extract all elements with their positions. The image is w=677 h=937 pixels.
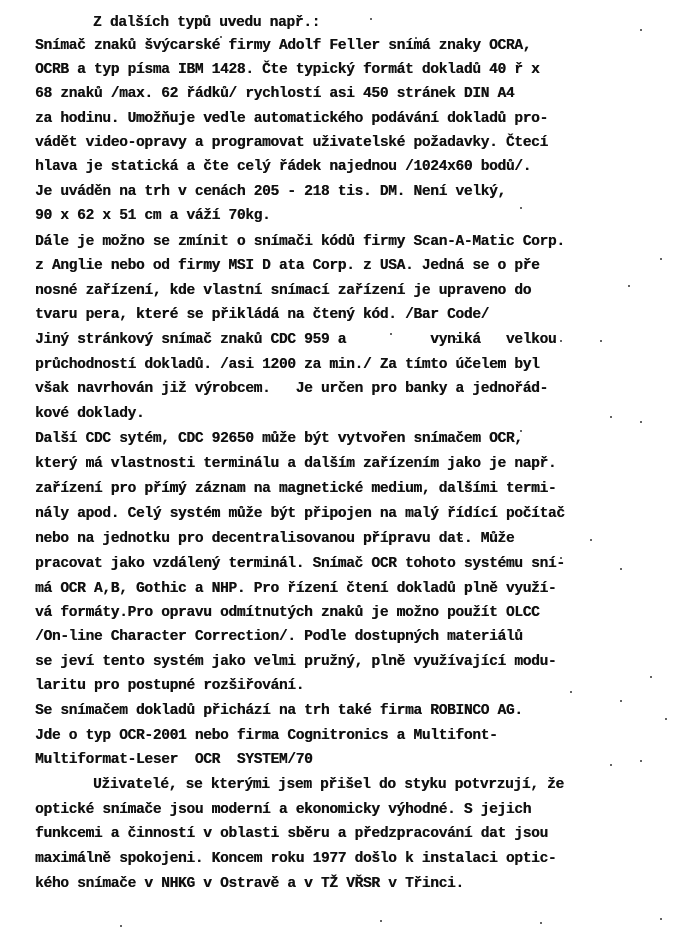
scan-speck (660, 918, 662, 920)
text-line: Multiformat-Leser OCR SYSTEM/70 (35, 751, 312, 769)
scan-speck (520, 207, 522, 209)
text-line: nosné zařízení, kde vlastní snímací zaří… (35, 282, 531, 300)
text-line: Jde o typ OCR-2001 nebo firma Cognitroni… (35, 727, 497, 745)
text-line: se jeví tento systém jako velmi pružný, … (35, 653, 556, 671)
scan-speck (640, 760, 642, 762)
scan-speck (590, 539, 592, 541)
scan-speck (570, 691, 572, 693)
scan-speck (282, 437, 284, 439)
scan-speck (610, 764, 612, 766)
text-line: Z dalších typů uvedu např.: (93, 14, 320, 32)
scan-speck (620, 700, 622, 702)
text-line: Je uváděn na trh v cenách 205 - 218 tis.… (35, 183, 506, 201)
scan-speck (620, 568, 622, 570)
scan-speck (390, 333, 392, 335)
text-line: optické snímače jsou moderní a ekonomick… (35, 801, 531, 819)
scan-speck (380, 920, 382, 922)
text-line: Snímač znaků švýcarské firmy Adolf Felle… (35, 37, 531, 55)
text-line: nály apod. Celý systém může být připojen… (35, 505, 565, 523)
scan-speck (560, 340, 562, 342)
text-line: 68 znaků /max. 62 řádků/ rychlostí asi 4… (35, 85, 514, 103)
text-line: nebo na jednotku pro decentralisovanou p… (35, 530, 514, 548)
text-line: Se snímačem dokladů přichází na trh také… (35, 702, 523, 720)
text-line: tvaru pera, které se přikládá na čtený k… (35, 306, 489, 324)
text-line: vá formáty.Pro opravu odmítnutých znaků … (35, 604, 539, 622)
scan-speck (665, 718, 667, 720)
text-line: však navrhován již výrobcem. Je určen pr… (35, 380, 548, 398)
scan-speck (600, 340, 602, 342)
scan-speck (628, 285, 630, 287)
text-line: vádět video-opravy a programovat uživate… (35, 134, 548, 152)
text-line: pracovat jako vzdálený terminál. Snímač … (35, 555, 565, 573)
scan-speck (460, 537, 462, 539)
text-line: zařízení pro přímý záznam na magnetické … (35, 480, 556, 498)
text-line: kého snímače v NHKG v Ostravě a v TŽ VŘS… (35, 875, 464, 893)
scan-speck (415, 37, 417, 39)
scan-speck (650, 676, 652, 678)
text-line: který má vlastnosti terminálu a dalším z… (35, 455, 556, 473)
text-line: z Anglie nebo od firmy MSI D ata Corp. z… (35, 257, 539, 275)
text-line: Dále je možno se zmínit o snímači kódů f… (35, 233, 565, 251)
scan-speck (640, 29, 642, 31)
text-line: /On-line Character Correction/. Podle do… (35, 628, 523, 646)
text-line: za hodinu. Umožňuje vedle automatického … (35, 110, 548, 128)
text-line: maximálně spokojeni. Koncem roku 1977 do… (35, 850, 556, 868)
text-line: má OCR A,B, Gothic a NHP. Pro řízení čte… (35, 580, 556, 598)
text-line: funkcemi a činností v oblasti sběru a př… (35, 825, 548, 843)
text-line: OCRB a typ písma IBM 1428. Čte typický f… (35, 61, 539, 79)
text-line: Jiný stránkový snímač znaků CDC 959 a vy… (35, 331, 556, 349)
scan-speck (660, 258, 662, 260)
scan-speck (455, 338, 457, 340)
scan-speck (370, 18, 372, 20)
scan-speck (610, 416, 612, 418)
text-line: Další CDC sytém, CDC 92650 může být vytv… (35, 430, 523, 448)
text-line: Uživatelé, se kterými jsem přišel do sty… (93, 776, 564, 794)
scan-speck (640, 421, 642, 423)
scan-speck (540, 922, 542, 924)
scan-speck (220, 36, 222, 38)
text-line: hlava je statická a čte celý řádek najed… (35, 158, 531, 176)
text-line: 90 x 62 x 51 cm a váží 70kg. (35, 207, 270, 225)
scan-speck (520, 430, 522, 432)
scan-speck (120, 925, 122, 927)
text-line: laritu pro postupné rozšiřování. (35, 677, 304, 695)
text-line: průchodností dokladů. /asi 1200 za min./… (35, 356, 539, 374)
scan-speck (560, 557, 562, 559)
typewritten-page: Z dalších typů uvedu např.:Snímač znaků … (0, 0, 677, 937)
text-line: kové doklady. (35, 405, 144, 423)
